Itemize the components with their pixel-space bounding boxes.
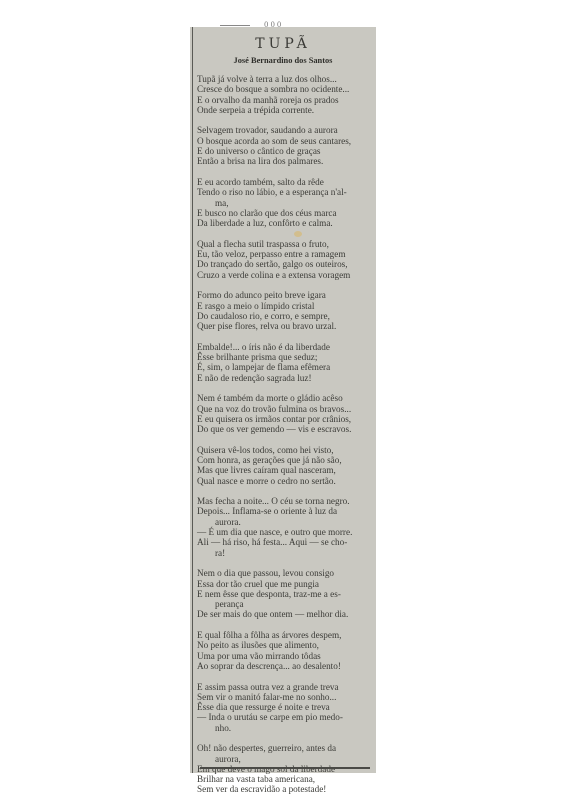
verse-line: Tupã já volve à terra a luz dos olhos... (197, 74, 372, 84)
verse-line: Do trançado do sertão, galgo os outeiros… (197, 259, 372, 269)
verse-line: Sem vir o manitó falar-me no sonho... (197, 692, 372, 702)
verse-line: Ali — há riso, há festa... Aqui — se cho… (197, 537, 372, 547)
verse-line: Formo do adunco peito breve igara (197, 290, 372, 300)
verse-line: ma, (197, 198, 372, 208)
verse-line: Cresce do bosque a sombra no ocidente... (197, 84, 372, 94)
stanza: Qual a flecha sutil traspassa o fruto,Eu… (197, 239, 372, 280)
verse-line: Brilhar na vasta taba americana, (197, 774, 372, 784)
stanza: Quisera vê-los todos, como hei visto,Com… (197, 445, 372, 486)
verse-line: O bosque acorda ao som de seus cantares, (197, 136, 372, 146)
verse-line: É, sim, o lampejar de flama efêmera (197, 362, 372, 372)
verse-line: nho. (197, 723, 372, 733)
stanza: Oh! não despertes, guerreiro, antes daau… (197, 743, 372, 794)
poem-title: TUPÃ (190, 36, 376, 52)
verse-line: Essa dor tão cruel que me pungia (197, 579, 372, 589)
verse-line: Êsse brilhante prisma que seduz; (197, 352, 372, 362)
stanza: E assim passa outra vez a grande trevaSe… (197, 682, 372, 733)
poem-body: Tupã já volve à terra a luz dos olhos...… (197, 74, 372, 800)
verse-line: Embalde!... o íris não é da liberdade (197, 342, 372, 352)
verse-line: ra! (197, 548, 372, 558)
verse-line: aurora. (197, 517, 372, 527)
column-rule (192, 27, 193, 773)
verse-line: Quer pise flores, relva ou bravo urzal. (197, 321, 372, 331)
verse-line: E qual fôlha a fôlha as árvores despem, (197, 630, 372, 640)
stanza: E qual fôlha a fôlha as árvores despem,N… (197, 630, 372, 671)
verse-line: E assim passa outra vez a grande treva (197, 682, 372, 692)
header-fragment: 000 (220, 21, 310, 29)
stanza: Mas fecha a noite... O céu se torna negr… (197, 496, 372, 558)
stanza: Embalde!... o íris não é da liberdadeÊss… (197, 342, 372, 383)
poem-author: José Bernardino dos Santos (190, 56, 376, 65)
stanza: Nem o dia que passou, levou consigoEssa … (197, 568, 372, 619)
verse-line: E o orvalho da manhã roreja os prados (197, 95, 372, 105)
verse-line: De ser mais do que ontem — melhor dia. (197, 609, 372, 619)
stanza: Tupã já volve à terra a luz dos olhos...… (197, 74, 372, 115)
verse-line: No peito as ilusões que alimento, (197, 640, 372, 650)
verse-line: Da liberdade a luz, confôrto e calma. (197, 218, 372, 228)
verse-line: Tendo o riso no lábio, e a esperança n'a… (197, 187, 372, 197)
verse-line: Do caudaloso rio, e corro, e sempre, (197, 311, 372, 321)
verse-line: Ao soprar da descrença... ao desalento! (197, 661, 372, 671)
verse-line: — É um dia que nasce, e outro que morre. (197, 527, 372, 537)
verse-line: Eu, tão veloz, perpasso entre a ramagem (197, 249, 372, 259)
verse-line: Sem ver da escravidão a potestade! (197, 784, 372, 794)
verse-line: — Inda o urutáu se carpe em pio medo- (197, 712, 372, 722)
verse-line: Quisera vê-los todos, como hei visto, (197, 445, 372, 455)
verse-line: Oh! não despertes, guerreiro, antes da (197, 743, 372, 753)
verse-line: Em que deve o mago sol da liberdade (197, 764, 372, 774)
verse-line: E não de redenção sagrada luz! (197, 373, 372, 383)
bottom-rule (200, 767, 370, 769)
verse-line: Do que os ver gemendo — vis e escravos. (197, 424, 372, 434)
verse-line: Mas fecha a noite... O céu se torna negr… (197, 496, 372, 506)
verse-line: Depois... Inflama-se o oriente à luz da (197, 506, 372, 516)
verse-line: Selvagem trovador, saudando a aurora (197, 125, 372, 135)
stanza: Nem é também da morte o gládio acêsoQue … (197, 393, 372, 434)
verse-line: Qual nasce e morre o cedro no sertão. (197, 476, 372, 486)
verse-line: Nem o dia que passou, levou consigo (197, 568, 372, 578)
verse-line: Cruzo a verde colina e a extensa voragem (197, 270, 372, 280)
verse-line: Que na voz do trovão fulmina os bravos..… (197, 404, 372, 414)
verse-line: Êsse dia que ressurge é noite e treva (197, 702, 372, 712)
verse-line: perança (197, 599, 372, 609)
verse-line: E rasgo a meio o límpido cristal (197, 301, 372, 311)
verse-line: E do universo o cântico de graças (197, 146, 372, 156)
verse-line: Onde serpeia a trépida corrente. (197, 105, 372, 115)
stanza: E eu acordo também, salto da rêdeTendo o… (197, 177, 372, 228)
stanza: Selvagem trovador, saudando a auroraO bo… (197, 125, 372, 166)
verse-line: E eu acordo também, salto da rêde (197, 177, 372, 187)
stanza: Formo do adunco peito breve igaraE rasgo… (197, 290, 372, 331)
verse-line: Uma por uma vão mirrando tôdas (197, 651, 372, 661)
verse-line: Qual a flecha sutil traspassa o fruto, (197, 239, 372, 249)
verse-line: aurora, (197, 754, 372, 764)
verse-line: Então a brisa na lira dos palmares. (197, 156, 372, 166)
newspaper-clipping: 000 TUPÃ José Bernardino dos Santos Tupã… (190, 27, 376, 773)
verse-line: E eu quisera os irmãos contar por crânio… (197, 414, 372, 424)
verse-line: Com honra, as gerações que já não são, (197, 455, 372, 465)
verse-line: E nem êsse que desponta, traz-me a es- (197, 589, 372, 599)
verse-line: E busco no clarão que dos céus marca (197, 208, 372, 218)
verse-line: Nem é também da morte o gládio acêso (197, 393, 372, 403)
verse-line: Mas que livres caíram qual nasceram, (197, 465, 372, 475)
